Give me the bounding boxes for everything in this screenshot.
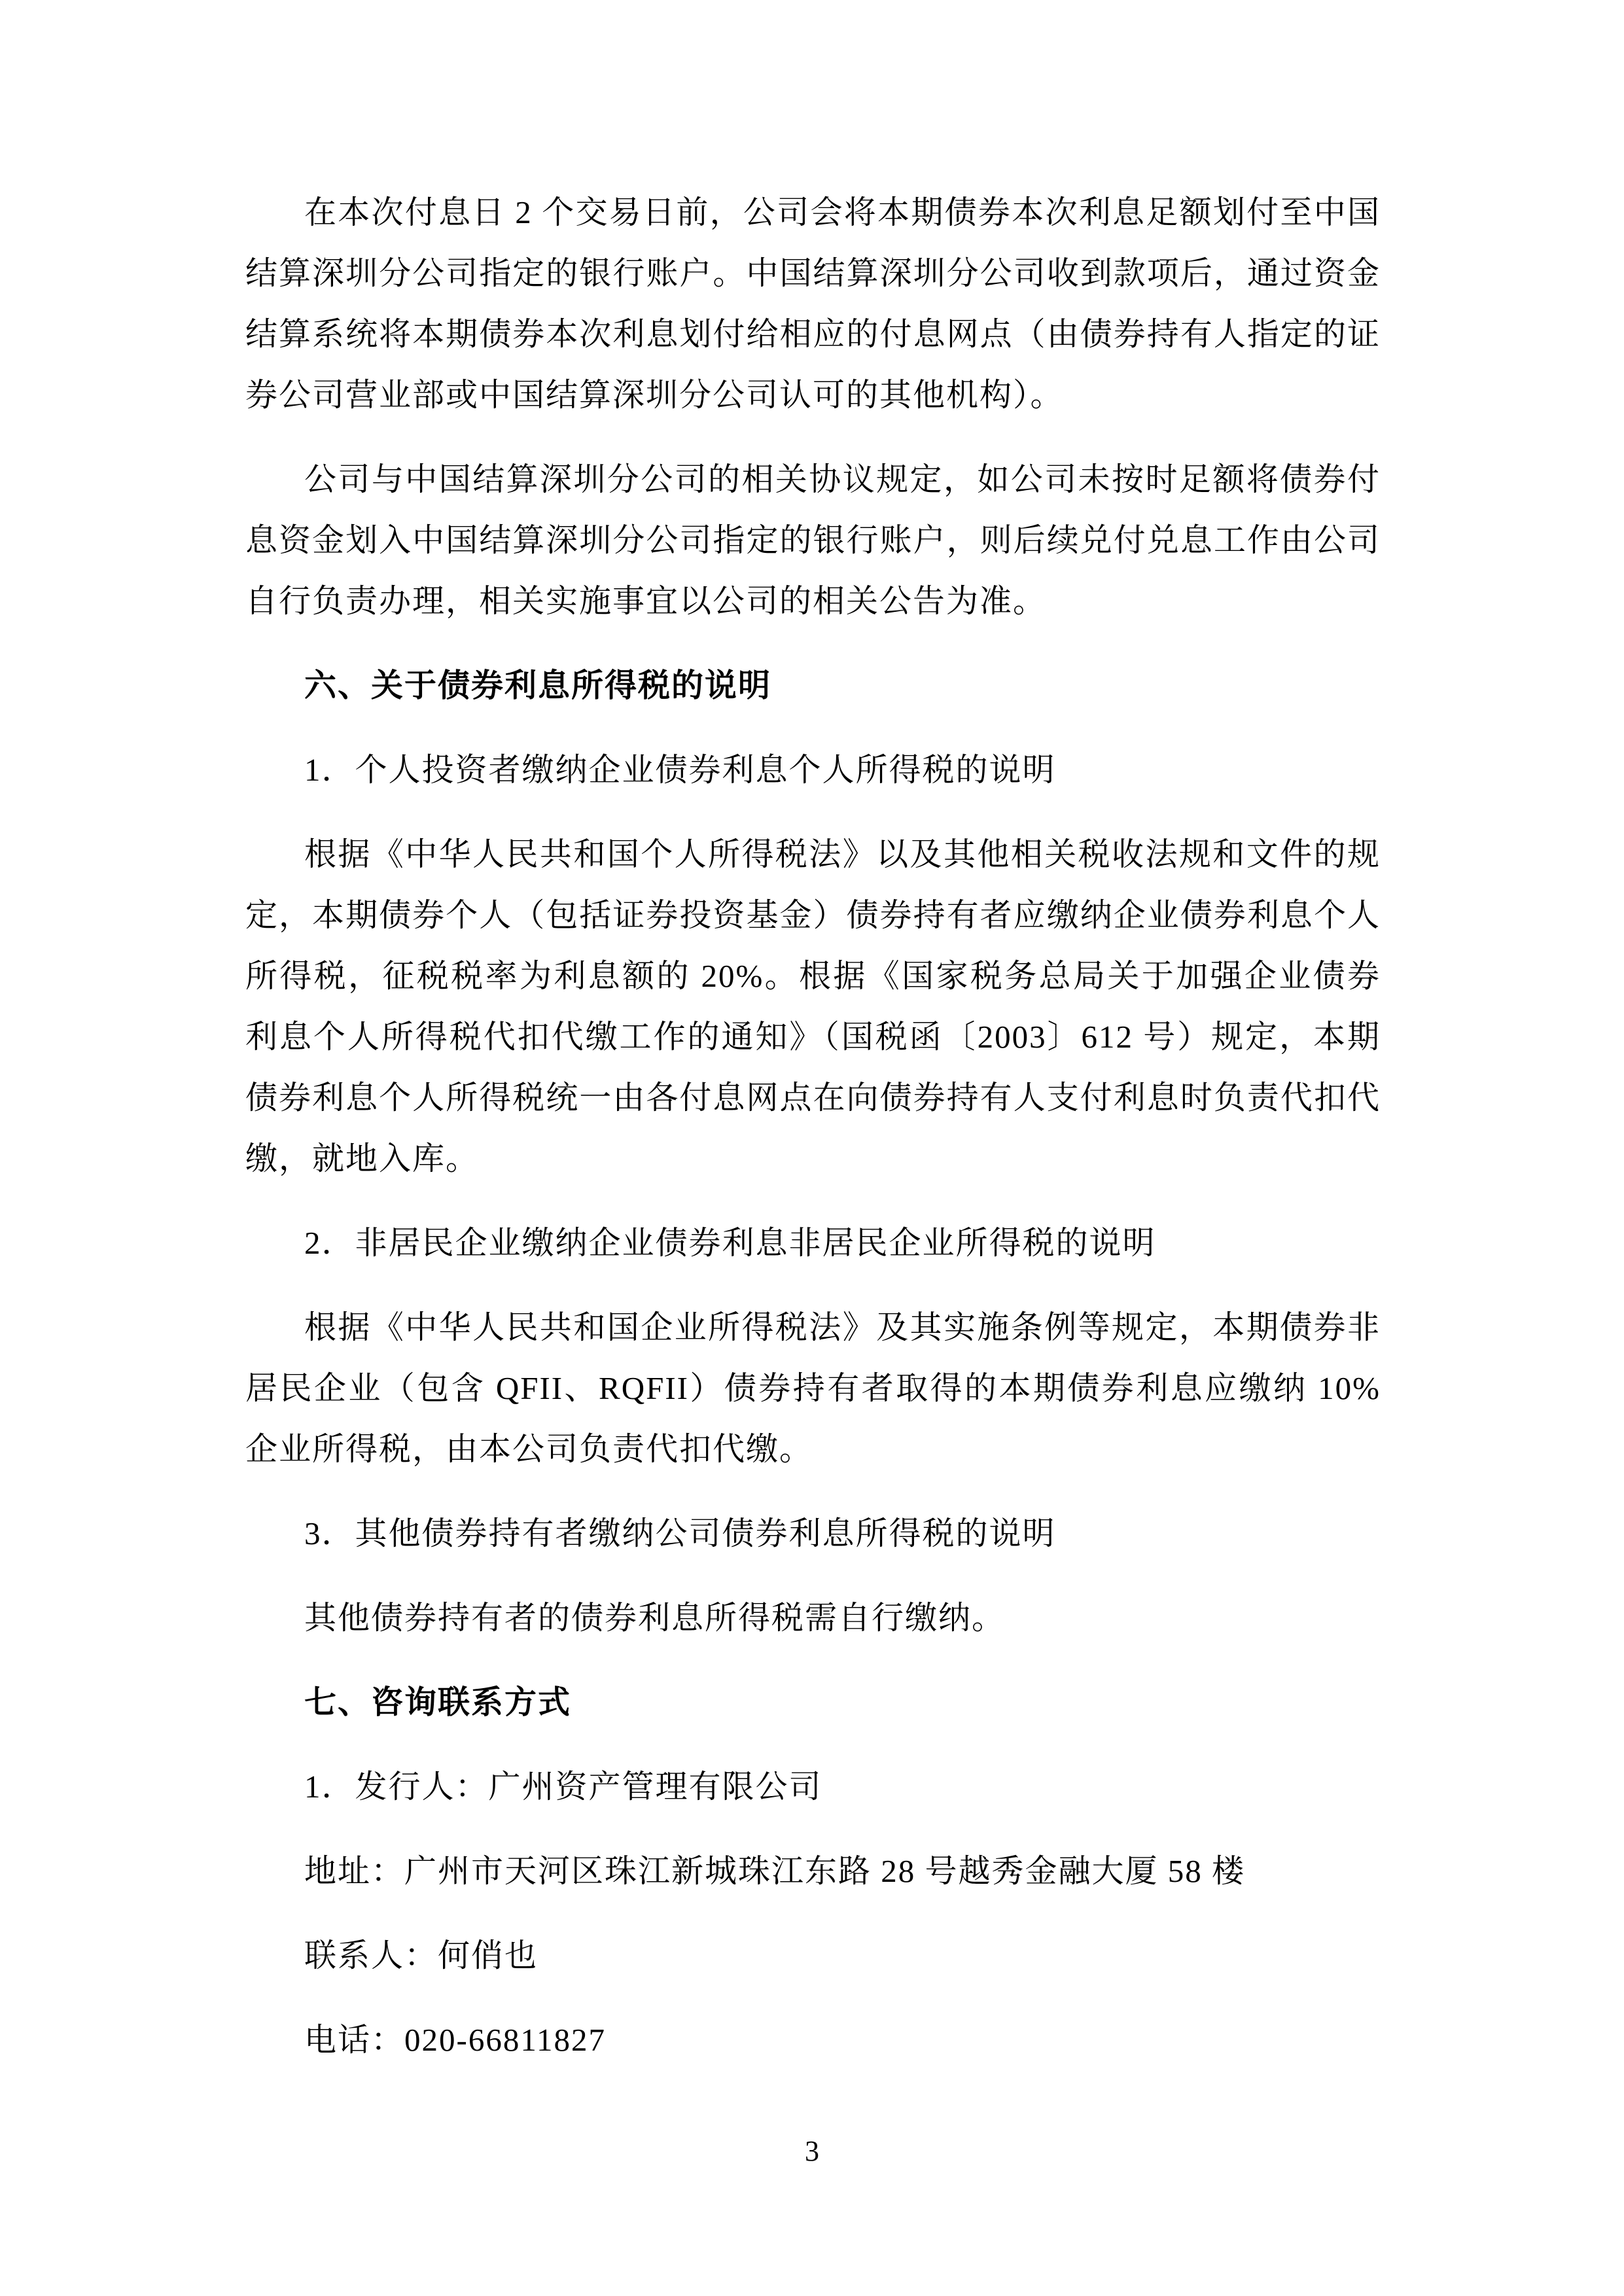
contact-address-line: 地址：广州市天河区珠江新城珠江东路 28 号越秀金融大厦 58 楼 [245, 1841, 1381, 1901]
document-page: 在本次付息日 2 个交易日前，公司会将本期债券本次利息足额划付至中国结算深圳分公… [0, 0, 1624, 2296]
heading-section-six-bond-interest-tax: 六、关于债券利息所得税的说明 [245, 655, 1381, 716]
item-2-non-resident-enterprise-tax: 2．非居民企业缴纳企业债券利息非居民企业所得税的说明 [245, 1212, 1381, 1273]
para-individual-income-tax-rules: 根据《中华人民共和国个人所得税法》以及其他相关税收法规和文件的规定，本期债券个人… [245, 824, 1381, 1189]
contact-person-line: 联系人：何俏也 [245, 1925, 1381, 1986]
contact-phone-line: 电话：020-66811827 [245, 2009, 1381, 2070]
contact-issuer-line: 1．发行人：广州资产管理有限公司 [245, 1756, 1381, 1817]
para-interest-transfer-process: 在本次付息日 2 个交易日前，公司会将本期债券本次利息足额划付至中国结算深圳分公… [245, 182, 1381, 425]
para-other-holders-self-pay: 其他债券持有者的债券利息所得税需自行缴纳。 [245, 1587, 1381, 1648]
para-enterprise-income-tax-rules: 根据《中华人民共和国企业所得税法》及其实施条例等规定，本期债券非居民企业（包含 … [245, 1297, 1381, 1479]
item-1-individual-investor-tax: 1．个人投资者缴纳企业债券利息个人所得税的说明 [245, 739, 1381, 800]
heading-section-seven-contact-info: 七、咨询联系方式 [245, 1672, 1381, 1733]
para-agreement-with-csdc: 公司与中国结算深圳分公司的相关协议规定，如公司未按时足额将债券付息资金划入中国结… [245, 449, 1381, 631]
item-3-other-bondholders-tax: 3．其他债券持有者缴纳公司债券利息所得税的说明 [245, 1503, 1381, 1564]
page-number: 3 [0, 2132, 1624, 2171]
document-body: 在本次付息日 2 个交易日前，公司会将本期债券本次利息足额划付至中国结算深圳分公… [245, 182, 1381, 2094]
